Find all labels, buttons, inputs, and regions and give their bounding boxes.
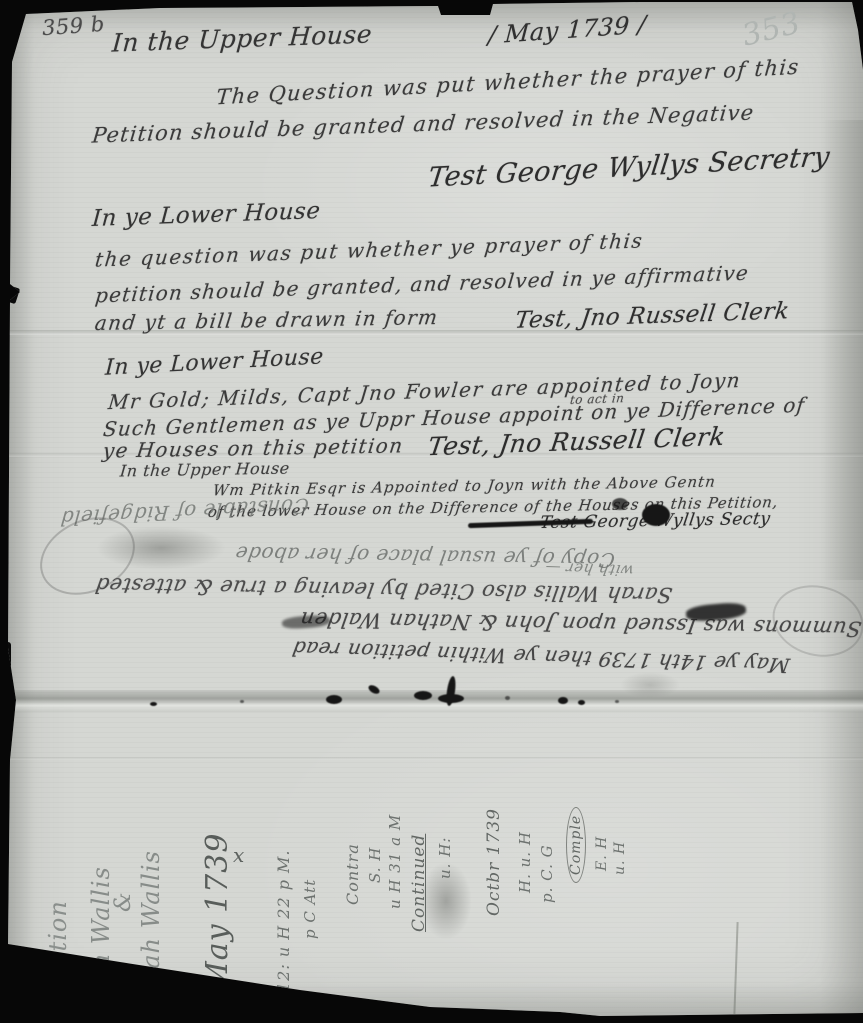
fold-ink-blot xyxy=(578,700,585,705)
fold-crease-lower xyxy=(0,757,863,760)
entry1-attestation-signature: Test George Wyllys Secretry xyxy=(426,141,831,193)
fold-ink-blot xyxy=(150,702,157,706)
fold-ink-speck xyxy=(615,700,619,703)
left-edge-tear xyxy=(0,642,11,694)
inverted-note-sarah: Sarah Wallis also Cited by leaving a tru… xyxy=(93,573,674,607)
fold-ink-blot xyxy=(438,694,464,703)
fold-ink-speck xyxy=(240,700,244,703)
edge-shadow-right xyxy=(822,120,863,580)
entry2-attestation-signature: Test, Jno Russell Clerk xyxy=(513,298,791,334)
vertical-crease xyxy=(733,922,738,1014)
inverted-note-withher: with her — xyxy=(543,559,635,580)
signature-ink-blob-small xyxy=(612,498,628,510)
lower-house-heading-1: In ye Lower House xyxy=(91,198,321,232)
upper-house-heading-2: In the Upper House xyxy=(119,459,290,481)
signature-ink-blob xyxy=(642,504,670,526)
date-heading: / May 1739 / xyxy=(487,10,647,49)
lower-house-heading-2: In ye Lower House xyxy=(104,344,324,381)
inverted-note-dateread: May ye 14th 1739 then ye Within petition… xyxy=(290,636,791,677)
fold-ink-blot xyxy=(558,697,568,704)
entry2-line1: the question was put whether ye prayer o… xyxy=(94,228,645,271)
paper-sheet: 359 b In the Upper House / May 1739 / 35… xyxy=(0,0,863,1023)
docket-x-mark: x xyxy=(233,843,245,867)
entry1-line2: Petition should be granted and resolved … xyxy=(91,100,756,147)
fold-smudge xyxy=(620,672,680,698)
fold-ink-blot xyxy=(414,691,432,700)
fold-ink-blot xyxy=(367,683,381,695)
pencil-folio-number: 353 xyxy=(739,5,804,53)
archive-number: 359 b xyxy=(41,12,105,40)
fold-ink-speck xyxy=(505,696,510,700)
fold-ink-blot xyxy=(326,695,342,704)
manuscript-scan: 359 b In the Upper House / May 1739 / 35… xyxy=(0,0,863,1023)
left-edge-nick xyxy=(0,284,20,304)
entry2-line3: and yt a bill be drawn in form xyxy=(94,305,440,335)
upper-house-heading-1: In the Upper House xyxy=(111,19,373,57)
